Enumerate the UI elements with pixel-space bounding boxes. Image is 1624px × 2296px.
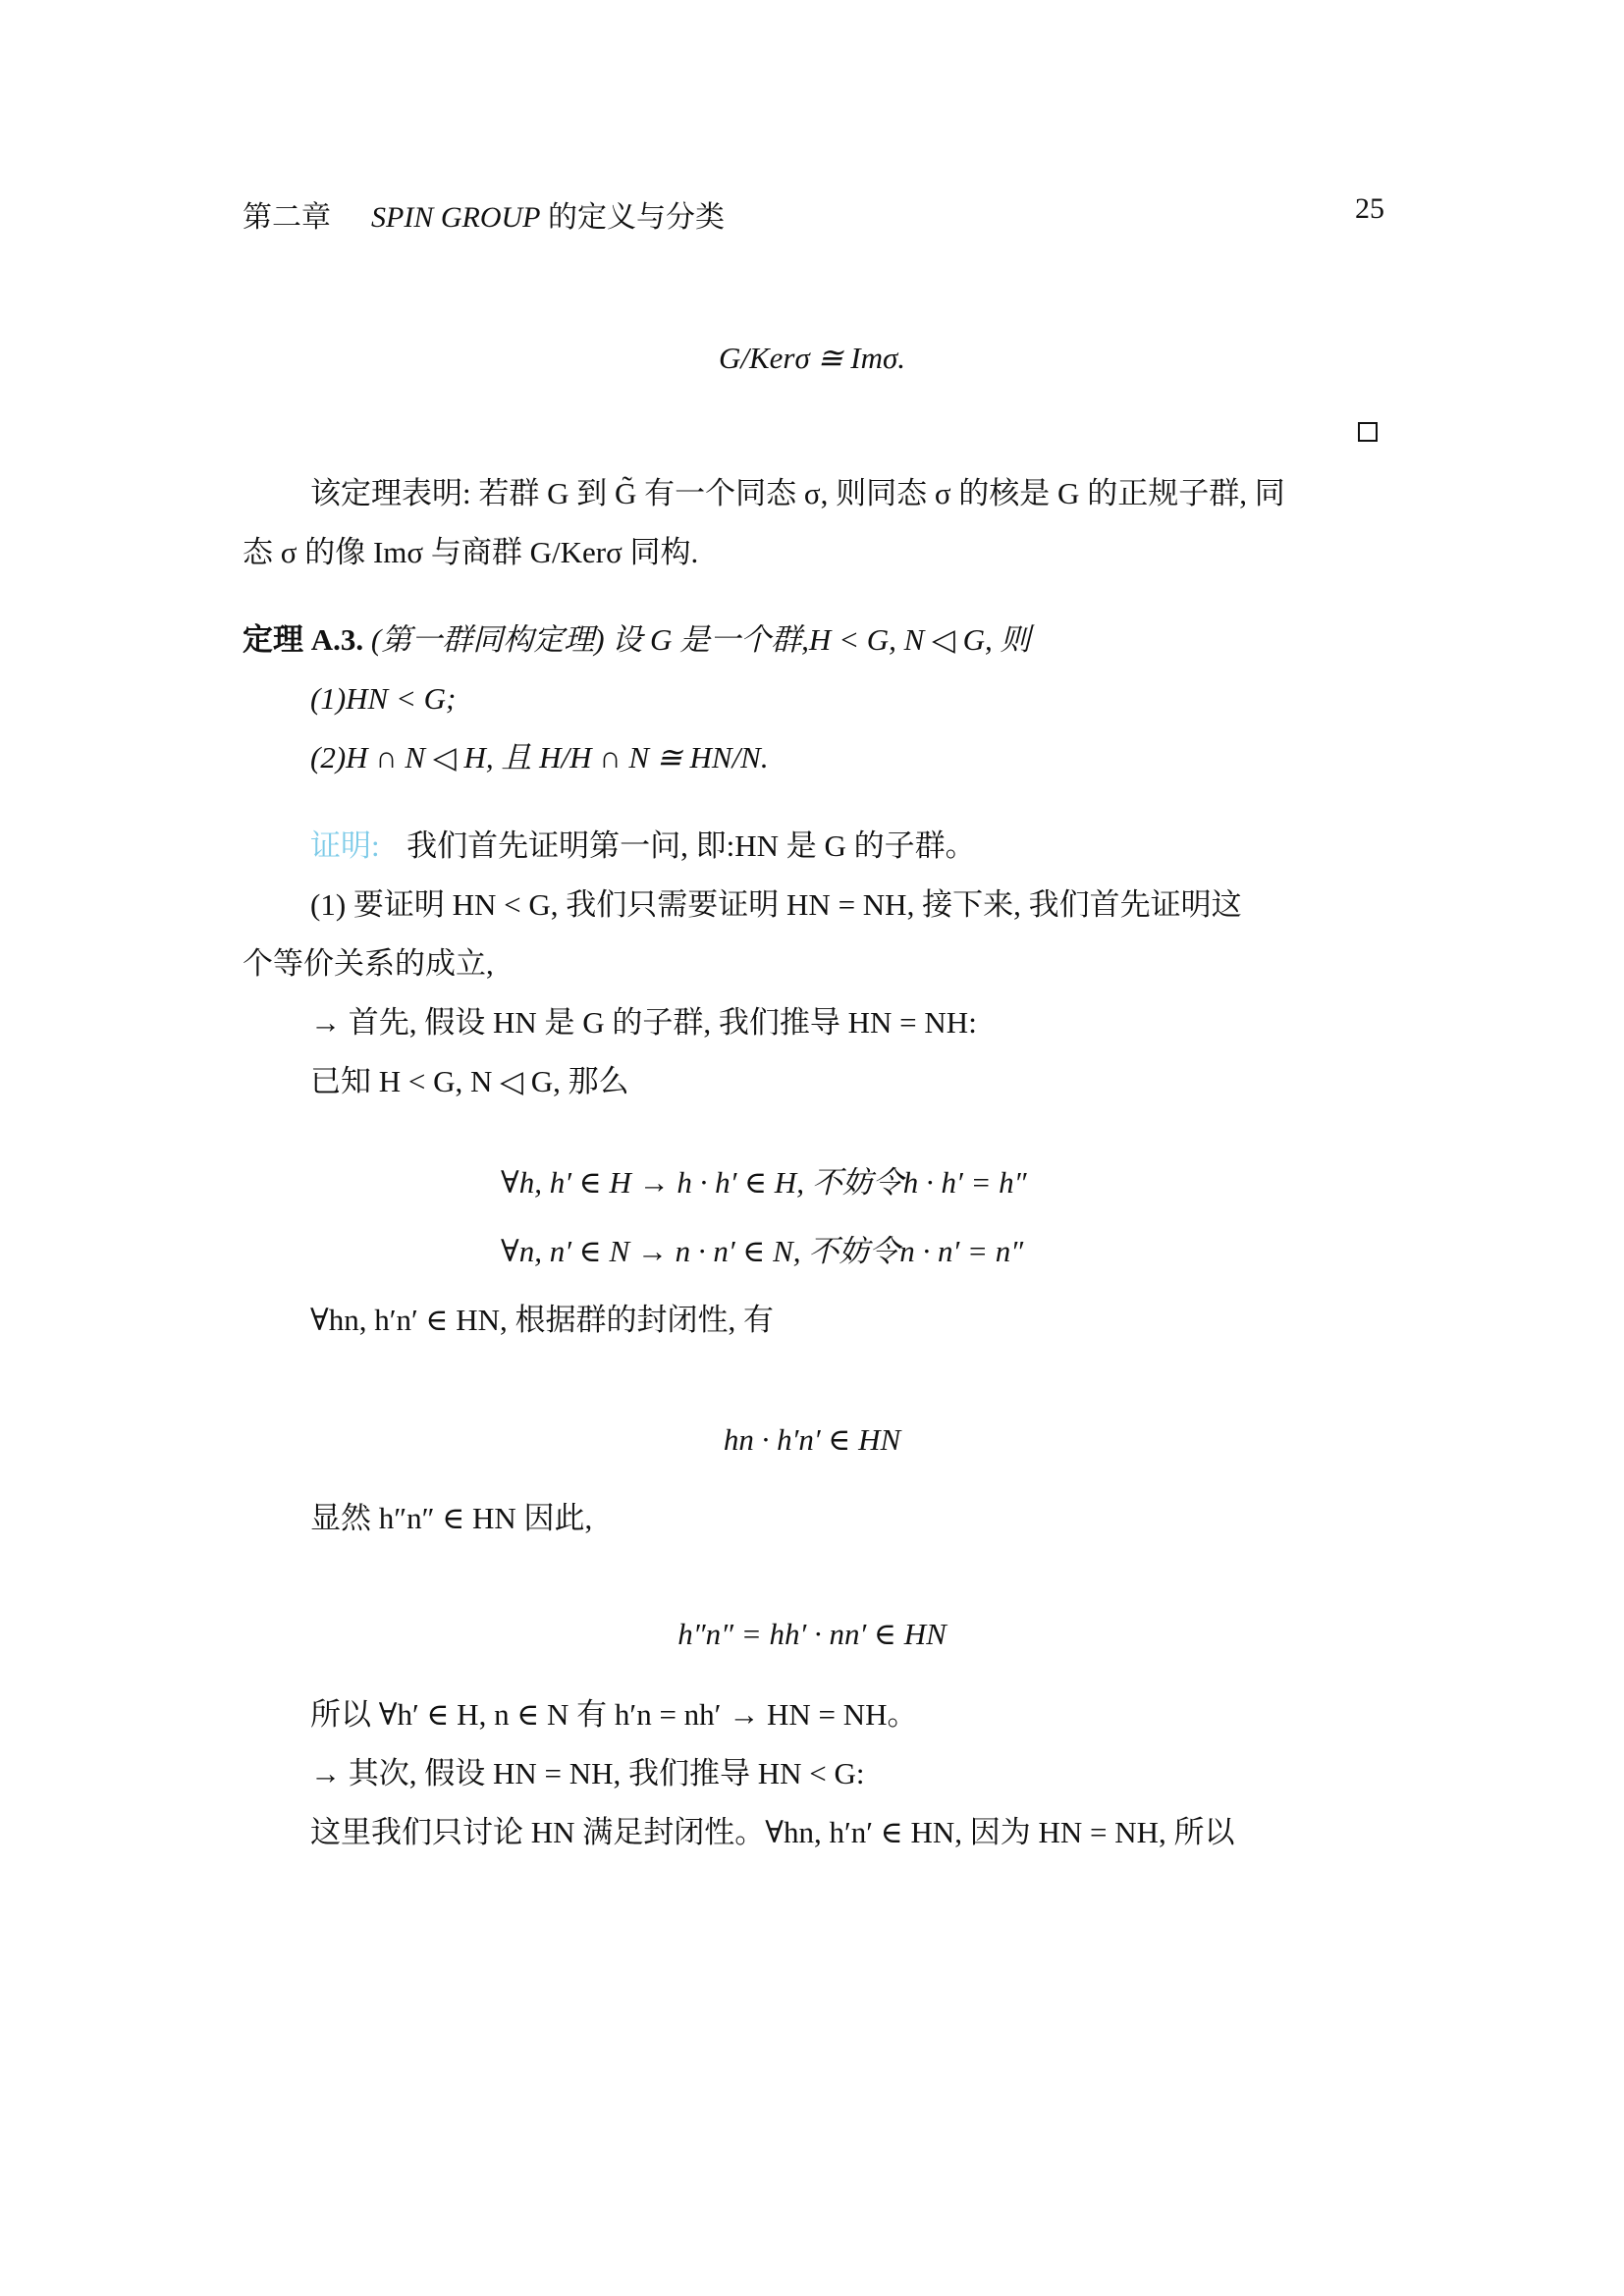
theorem-name: (第一群同构定理) <box>371 622 605 657</box>
proof-line: 已知 H < G, N ◁ G, 那么 <box>310 1062 629 1101</box>
proof-line: → 首先, 假设 HN 是 G 的子群, 我们推导 HN = NH: <box>310 1003 977 1042</box>
theorem-item-2: (2)H ∩ N ◁ H, 且 H/H ∩ N ≅ HN/N. <box>310 738 769 777</box>
qed-box-icon <box>1358 422 1378 442</box>
theorem-text: 设 G 是一个群,H < G, N ◁ G, 则 <box>612 622 1030 657</box>
equation-closure-n: ∀n, n′ ∈ N → n · n′ ∈ N, 不妨令n · n′ = n″ <box>501 1232 1023 1271</box>
chapter-title-latin: SPIN GROUP <box>371 201 540 234</box>
proof-line: 个等价关系的成立, <box>243 944 494 984</box>
proof-label: 证明: <box>310 828 380 863</box>
document-page: 第二章 SPIN GROUP 的定义与分类 25 G/Kerσ ≅ Imσ. 该… <box>0 0 1624 2296</box>
equation-product-expanded: h″n″ = hh′ · nn′ ∈ HN <box>0 1615 1624 1654</box>
chapter-label: 第二章 <box>243 201 331 234</box>
theorem-item-1: (1)HN < G; <box>310 679 456 719</box>
equation-closure-h: ∀h, h′ ∈ H → h · h′ ∈ H, 不妨令h · h′ = h″ <box>501 1163 1027 1202</box>
proof-line: ∀hn, h′n′ ∈ HN, 根据群的封闭性, 有 <box>310 1301 774 1340</box>
proof-line: (1) 要证明 HN < G, 我们只需要证明 HN = NH, 接下来, 我们… <box>310 885 1242 925</box>
equation-product: hn · h′n′ ∈ HN <box>0 1420 1624 1460</box>
paragraph-line: 该定理表明: 若群 G 到 G̃ 有一个同态 σ, 则同态 σ 的核是 G 的正… <box>310 474 1285 513</box>
proof-line: 所以 ∀h′ ∈ H, n ∈ N 有 h′n = nh′ → HN = NH。 <box>310 1695 918 1735</box>
proof-line: → 其次, 假设 HN = NH, 我们推导 HN < G: <box>310 1754 865 1793</box>
proof-line: 显然 h″n″ ∈ HN 因此, <box>310 1499 592 1538</box>
theorem-label: 定理 A.3. <box>243 622 363 657</box>
equation-quotient-isomorphism: G/Kerσ ≅ Imσ. <box>0 339 1624 378</box>
page-number: 25 <box>1355 192 1384 226</box>
theorem-statement: 定理 A.3. (第一群同构定理) 设 G 是一个群,H < G, N ◁ G,… <box>243 620 1031 660</box>
equation-text: G/Kerσ ≅ Imσ. <box>719 341 905 375</box>
proof-line: 证明: 我们首先证明第一问, 即:HN 是 G 的子群。 <box>310 827 976 866</box>
proof-line: 这里我们只讨论 HN 满足封闭性。∀hn, h′n′ ∈ HN, 因为 HN =… <box>310 1813 1235 1852</box>
proof-text: 我们首先证明第一问, 即:HN 是 G 的子群。 <box>406 828 976 863</box>
running-header: 第二章 SPIN GROUP 的定义与分类 <box>243 192 725 236</box>
chapter-title-cjk: 的定义与分类 <box>548 201 725 234</box>
paragraph-line: 态 σ 的像 Imσ 与商群 G/Kerσ 同构. <box>243 533 698 572</box>
